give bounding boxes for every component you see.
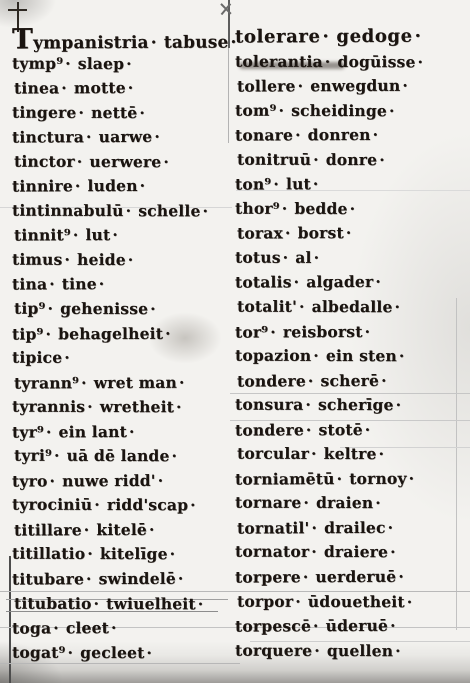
latin-lemma: titillatio xyxy=(12,544,85,563)
latin-lemma: torpescē xyxy=(235,616,311,635)
punctus: · xyxy=(46,422,52,441)
punctus: · xyxy=(68,642,74,661)
vernacular-gloss: ūderuē xyxy=(326,616,389,635)
glossary-entry: tip⁹·behagelheit· xyxy=(12,321,228,346)
vernacular-gloss: ein lant xyxy=(58,422,126,441)
punctus: · xyxy=(409,469,415,488)
manuscript-page: Tympanistria·tabuse·tymp⁹·slaep·tinea·mo… xyxy=(0,0,470,683)
punctus: · xyxy=(311,542,317,561)
punctus: · xyxy=(294,273,300,292)
punctus: · xyxy=(399,346,405,365)
latin-lemma: tyrann⁹ xyxy=(14,373,79,392)
latin-lemma: tornatil' xyxy=(237,518,310,537)
vernacular-gloss: ridd'scap xyxy=(107,495,188,514)
glossary-entry: totalis·algader· xyxy=(235,270,467,296)
vernacular-gloss: kitelīge xyxy=(100,544,168,563)
latin-lemma: tolerantia xyxy=(235,51,323,70)
latin-lemma: tollere xyxy=(237,76,296,95)
vernacular-gloss: gecleet xyxy=(80,643,144,662)
vernacular-gloss: stotē xyxy=(318,420,362,439)
punctus: · xyxy=(47,299,53,318)
vernacular-gloss: wretheit xyxy=(100,397,174,416)
vernacular-gloss: uā dē lande xyxy=(67,446,170,465)
vernacular-gloss: nuwe ridd' xyxy=(62,471,156,490)
vernacular-gloss: scherīge xyxy=(318,395,394,414)
glossary-entry: tollere·enwegdun· xyxy=(237,74,467,100)
punctus: · xyxy=(158,471,164,490)
punctus: · xyxy=(295,591,301,610)
punctus: · xyxy=(176,397,182,416)
glossary-entry: tinctor·uerwere· xyxy=(14,149,228,174)
punctus: · xyxy=(49,471,55,490)
latin-lemma: tinctura xyxy=(12,127,84,146)
glossary-entry: torpescē·ūderuē· xyxy=(235,614,467,640)
vernacular-gloss: ein sten xyxy=(326,346,397,365)
glossary-entry: torquere·quellen· xyxy=(235,638,467,663)
punctus: · xyxy=(273,175,279,194)
glossary-entry: tyr⁹·ein lant· xyxy=(12,419,228,444)
punctus: · xyxy=(73,226,79,245)
latin-lemma: togat⁹ xyxy=(12,642,66,661)
punctus: · xyxy=(381,371,387,390)
vernacular-gloss: draien xyxy=(316,493,373,512)
glossary-entry: titillare·kitelē· xyxy=(14,517,228,542)
glossary-entry: timus·heide· xyxy=(12,248,228,273)
glossary-entry: ton⁹·lut· xyxy=(235,172,467,198)
punctus: · xyxy=(270,322,276,341)
latin-lemma: tip⁹ xyxy=(12,324,44,343)
punctus: · xyxy=(129,422,135,441)
latin-lemma: tolerare xyxy=(235,26,321,47)
vernacular-gloss: uarwe xyxy=(99,127,153,146)
vernacular-gloss: nettē xyxy=(91,103,137,122)
latin-lemma: tyro xyxy=(12,471,48,490)
latin-lemma: tymp⁹ xyxy=(12,53,63,72)
vernacular-gloss: swindelē xyxy=(99,569,176,588)
glossary-entry: torpere·uerderuē· xyxy=(235,565,467,591)
latin-lemma: ton⁹ xyxy=(235,175,271,194)
punctus: · xyxy=(395,641,401,660)
punctus: · xyxy=(313,346,319,365)
punctus: · xyxy=(303,567,309,586)
punctus: · xyxy=(388,518,394,537)
glossary-entry: tyrann⁹·wret man· xyxy=(14,370,228,395)
punctus: · xyxy=(365,420,371,439)
right-column: tolerare·gedoge·tolerantia·dogūisse·toll… xyxy=(235,25,467,663)
punctus: · xyxy=(77,152,83,171)
punctus: · xyxy=(140,176,146,195)
glossary-entry: tinnit⁹·lut· xyxy=(14,223,228,248)
vernacular-gloss: scherē xyxy=(320,371,379,390)
vernacular-gloss: schelle xyxy=(138,201,200,220)
vernacular-gloss: ūdouetheit xyxy=(308,591,405,610)
punctus: · xyxy=(94,593,100,612)
punctus: · xyxy=(314,248,320,267)
glossary-entry: torax·borst· xyxy=(237,221,467,247)
punctus: · xyxy=(81,373,87,392)
vernacular-gloss: tabuse xyxy=(164,33,229,53)
latin-lemma: tondere xyxy=(237,371,306,390)
punctus: · xyxy=(415,26,422,47)
latin-lemma: titillare xyxy=(14,520,82,539)
latin-lemma: tinnire xyxy=(12,176,73,195)
latin-lemma: torpor xyxy=(237,591,293,610)
punctus: · xyxy=(99,275,105,294)
punctus: · xyxy=(49,275,55,294)
latin-lemma: tom⁹ xyxy=(235,100,277,119)
vernacular-gloss: gedoge xyxy=(336,26,412,47)
punctus: · xyxy=(150,299,156,318)
latin-lemma: tonitruū xyxy=(237,149,311,168)
punctus: · xyxy=(151,33,157,53)
punctus: · xyxy=(308,371,314,390)
punctus: · xyxy=(295,125,301,144)
latin-lemma: tina xyxy=(12,275,47,294)
punctus: · xyxy=(149,520,155,539)
glossary-entry: torcular·keltre· xyxy=(237,442,467,467)
punctus: · xyxy=(418,52,424,71)
glossary-entry: tymp⁹·slaep· xyxy=(12,51,228,76)
punctus: · xyxy=(198,594,204,613)
glossary-entry: tornator·draiere· xyxy=(235,540,467,565)
glossary-entry: tinea·motte· xyxy=(14,76,228,101)
glossary-entry: tina·tine· xyxy=(12,272,228,297)
punctus: · xyxy=(45,324,51,343)
punctus: · xyxy=(128,78,134,97)
punctus: · xyxy=(299,297,305,316)
glossary-entry: togat⁹·gecleet· xyxy=(12,640,228,665)
latin-lemma: titubare xyxy=(12,569,84,588)
vernacular-gloss: keltre xyxy=(324,444,377,463)
punctus: · xyxy=(407,592,413,611)
punctus: · xyxy=(375,493,381,512)
glossary-entry: tornatil'·drailec· xyxy=(237,515,467,541)
glossary-entry: tyrannis·wretheit· xyxy=(12,395,228,420)
latin-lemma: toga xyxy=(12,618,51,637)
glossary-entry: tondere·stotē· xyxy=(235,417,467,443)
vernacular-gloss: enwegdun xyxy=(310,76,400,95)
glossary-entry: tinctura·uarwe· xyxy=(12,125,228,150)
latin-lemma: torax xyxy=(237,224,283,243)
left-column: Tympanistria·tabuse·tymp⁹·slaep·tinea·mo… xyxy=(12,27,228,665)
punctus: · xyxy=(112,225,118,244)
glossary-entry: tyri⁹·uā dē lande· xyxy=(14,444,228,469)
punctus: · xyxy=(313,150,319,169)
punctus: · xyxy=(303,493,309,512)
punctus: · xyxy=(87,397,93,416)
punctus: · xyxy=(172,446,178,465)
vernacular-gloss: tine xyxy=(62,275,97,294)
glossary-entry: tonitruū·donre· xyxy=(237,147,467,172)
vernacular-gloss: uerderuē xyxy=(315,567,396,586)
glossary-entry: tintinnabulū·schelle· xyxy=(12,198,228,223)
punctus: · xyxy=(165,323,171,342)
punctus: · xyxy=(375,272,381,291)
vernacular-gloss: motte xyxy=(74,78,126,97)
punctus: · xyxy=(395,297,401,316)
vernacular-gloss: reisborst xyxy=(283,322,363,341)
latin-lemma: torpere xyxy=(235,567,301,586)
glossary-entry: tip⁹·gehenisse· xyxy=(14,297,228,322)
punctus: · xyxy=(170,545,176,564)
glossary-entry: tyro·nuwe ridd'· xyxy=(12,468,228,493)
punctus: · xyxy=(398,567,404,586)
latin-lemma: tinnit⁹ xyxy=(14,226,71,245)
latin-lemma: tornator xyxy=(235,542,309,561)
punctus: · xyxy=(87,544,93,563)
vernacular-gloss: drailec xyxy=(324,518,386,537)
vernacular-gloss: quellen xyxy=(327,641,393,660)
cross-mark xyxy=(219,2,233,16)
punctus: · xyxy=(313,616,319,635)
vernacular-gloss: gehenisse xyxy=(60,299,148,318)
glossary-entry: topazion·ein sten· xyxy=(235,344,467,369)
punctus: · xyxy=(390,616,396,635)
vernacular-gloss: donre xyxy=(326,150,378,169)
punctus: · xyxy=(190,496,196,515)
vernacular-gloss: donren xyxy=(308,125,371,144)
latin-lemma: timus xyxy=(12,250,63,269)
glossary-entry: tonsura·scherīge· xyxy=(235,393,467,418)
glossary-entry: tolerare·gedoge· xyxy=(235,24,467,50)
vernacular-gloss: tornoy xyxy=(349,469,407,488)
punctus: · xyxy=(139,103,145,122)
vernacular-gloss: behagelheit xyxy=(58,323,163,342)
vernacular-gloss: wret man xyxy=(94,372,177,391)
punctus: · xyxy=(64,348,70,367)
punctus: · xyxy=(278,100,284,119)
punctus: · xyxy=(86,127,92,146)
glossary-entry: tom⁹·scheidinge· xyxy=(235,98,467,123)
punctus: · xyxy=(111,618,117,637)
punctus: · xyxy=(154,127,160,146)
glossary-entry: tor⁹·reisborst· xyxy=(235,319,467,345)
glossary-entry: titubare·swindelē· xyxy=(12,567,228,592)
vernacular-gloss: bedde xyxy=(294,199,347,218)
vernacular-gloss: luden xyxy=(87,176,137,195)
glossary-entry: totalit'·albedalle· xyxy=(237,295,467,320)
punctus: · xyxy=(53,618,59,637)
punctus: · xyxy=(373,125,379,144)
latin-lemma: tinctor xyxy=(14,151,75,170)
glossary-entry: totus·al· xyxy=(235,246,467,271)
punctus: · xyxy=(314,641,320,660)
punctus: · xyxy=(128,250,134,269)
latin-lemma: tyr⁹ xyxy=(12,422,44,441)
vernacular-gloss: uerwere xyxy=(89,152,161,171)
punctus: · xyxy=(94,495,100,514)
punctus: · xyxy=(322,26,329,47)
latin-lemma: tingere xyxy=(12,102,77,121)
punctus: · xyxy=(61,78,67,97)
punctus: · xyxy=(86,569,92,588)
latin-lemma: tor⁹ xyxy=(235,322,268,341)
latin-lemma: tonare xyxy=(235,125,293,144)
latin-lemma: tinea xyxy=(14,78,59,97)
punctus: · xyxy=(75,176,81,195)
glossary-entry: tondere·scherē· xyxy=(237,368,467,394)
punctus: · xyxy=(282,199,288,218)
glossary-entry: tornare·draien· xyxy=(235,491,467,516)
punctus: · xyxy=(78,102,84,121)
punctus: · xyxy=(203,201,209,220)
punctus: · xyxy=(313,174,319,193)
punctus: · xyxy=(126,54,132,73)
latin-lemma: totalit' xyxy=(237,297,297,316)
vernacular-gloss: lut xyxy=(286,174,311,193)
latin-lemma: tyri⁹ xyxy=(14,446,52,465)
punctus: · xyxy=(285,224,291,243)
punctus: · xyxy=(350,199,356,218)
glossary-entry: tolerantia·dogūisse· xyxy=(235,49,467,74)
punctus: · xyxy=(396,395,402,414)
latin-lemma: titubatio xyxy=(14,593,92,612)
latin-lemma: tip⁹ xyxy=(14,299,46,318)
vernacular-gloss: slaep xyxy=(78,53,124,72)
punctus: · xyxy=(305,395,311,414)
vernacular-gloss: cleet xyxy=(66,618,109,637)
glossary-entry: thor⁹·bedde· xyxy=(235,196,467,221)
punctus: · xyxy=(379,444,385,463)
vernacular-gloss: albedalle xyxy=(312,297,393,316)
latin-lemma: torquere xyxy=(235,640,312,659)
glossary-entry: tipice· xyxy=(12,346,228,371)
latin-lemma: tipice xyxy=(12,348,62,367)
latin-lemma: totalis xyxy=(235,273,292,292)
punctus: · xyxy=(337,469,343,488)
punctus: · xyxy=(389,101,395,120)
vernacular-gloss: lut xyxy=(85,225,110,244)
glossary-entry: torpor·ūdouetheit· xyxy=(237,589,467,614)
latin-lemma: tornare xyxy=(235,493,301,512)
latin-lemma: tondere xyxy=(235,420,304,439)
glossary-entry: tingere·nettē· xyxy=(12,100,228,125)
glossary-entry: toga·cleet· xyxy=(12,616,228,641)
vernacular-gloss: heide xyxy=(77,250,126,269)
glossary-entry: titubatio·twiuelheit· xyxy=(14,591,228,616)
glossary-entry: titillatio·kitelīge· xyxy=(12,542,228,567)
glossary-entry: tyrociniū·ridd'scap· xyxy=(12,493,228,518)
vernacular-gloss: twiuelheit xyxy=(106,594,196,613)
punctus: · xyxy=(178,569,184,588)
vernacular-gloss: draiere xyxy=(324,542,388,561)
punctus: · xyxy=(298,76,304,95)
latin-lemma: torniamētū xyxy=(235,469,335,488)
vernacular-gloss: algader xyxy=(306,272,373,291)
latin-lemma: tonsura xyxy=(235,395,303,414)
latin-lemma: torcular xyxy=(237,444,309,463)
punctus: · xyxy=(346,223,352,242)
punctus: · xyxy=(325,51,331,70)
latin-lemma: tyrociniū xyxy=(12,495,92,514)
latin-lemma: tyrannis xyxy=(12,397,85,416)
punctus: · xyxy=(163,152,169,171)
vernacular-gloss: scheidinge xyxy=(291,100,387,119)
punctus: · xyxy=(311,518,317,537)
vernacular-gloss: dogūisse xyxy=(337,51,415,70)
punctus: · xyxy=(402,76,408,95)
punctus: · xyxy=(283,248,289,267)
vernacular-gloss: kitelē xyxy=(96,520,147,539)
latin-lemma: totus xyxy=(235,248,281,267)
latin-lemma: topazion xyxy=(235,346,311,365)
punctus: · xyxy=(146,643,152,662)
punctus: · xyxy=(64,250,70,269)
punctus: · xyxy=(306,420,312,439)
punctus: · xyxy=(84,520,90,539)
glossary-entry: tonare·donren· xyxy=(235,123,467,149)
glossary-entry: torniamētū·tornoy· xyxy=(235,466,467,492)
initial-cross-bar xyxy=(8,9,27,11)
punctus: · xyxy=(179,372,185,391)
punctus: · xyxy=(126,201,132,220)
punctus: · xyxy=(311,444,317,463)
punctus: · xyxy=(54,446,60,465)
column-divider-line-faint xyxy=(228,48,229,143)
punctus: · xyxy=(390,543,396,562)
latin-lemma: tintinnabulū xyxy=(12,200,124,219)
vernacular-gloss: borst xyxy=(298,223,344,242)
glossary-entry: Tympanistria·tabuse· xyxy=(12,27,228,52)
punctus: · xyxy=(65,53,71,72)
punctus: · xyxy=(379,150,385,169)
glossary-entry: tinnire·luden· xyxy=(12,174,228,199)
punctus: · xyxy=(365,321,371,340)
vernacular-gloss: al xyxy=(295,248,311,267)
latin-lemma: thor⁹ xyxy=(235,198,280,217)
